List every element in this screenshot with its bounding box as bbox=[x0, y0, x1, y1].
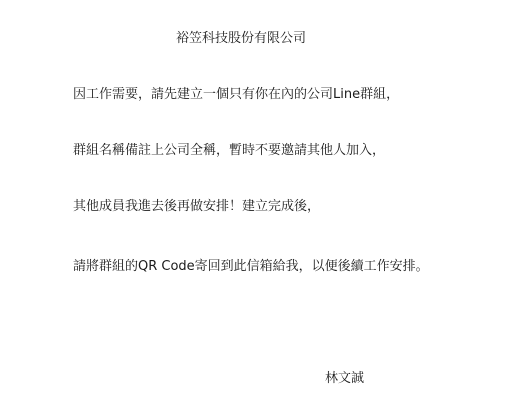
document-page: 裕笠科技股份有限公司 因工作需要，請先建立一個只有你在內的公司Line群組， 群… bbox=[0, 0, 532, 415]
paragraph-3: 其他成員我進去後再做安排！建立完成後， bbox=[73, 199, 320, 215]
paragraph-1: 因工作需要，請先建立一個只有你在內的公司Line群組， bbox=[73, 87, 399, 103]
signature: 林文誠 bbox=[325, 371, 364, 387]
company-title: 裕笠科技股份有限公司 bbox=[176, 31, 306, 47]
paragraph-2: 群組名稱備註上公司全稱，暫時不要邀請其他人加入， bbox=[73, 143, 385, 159]
paragraph-4: 請將群組的QR Code寄回到此信箱給我，以便後續工作安排。 bbox=[73, 259, 429, 275]
